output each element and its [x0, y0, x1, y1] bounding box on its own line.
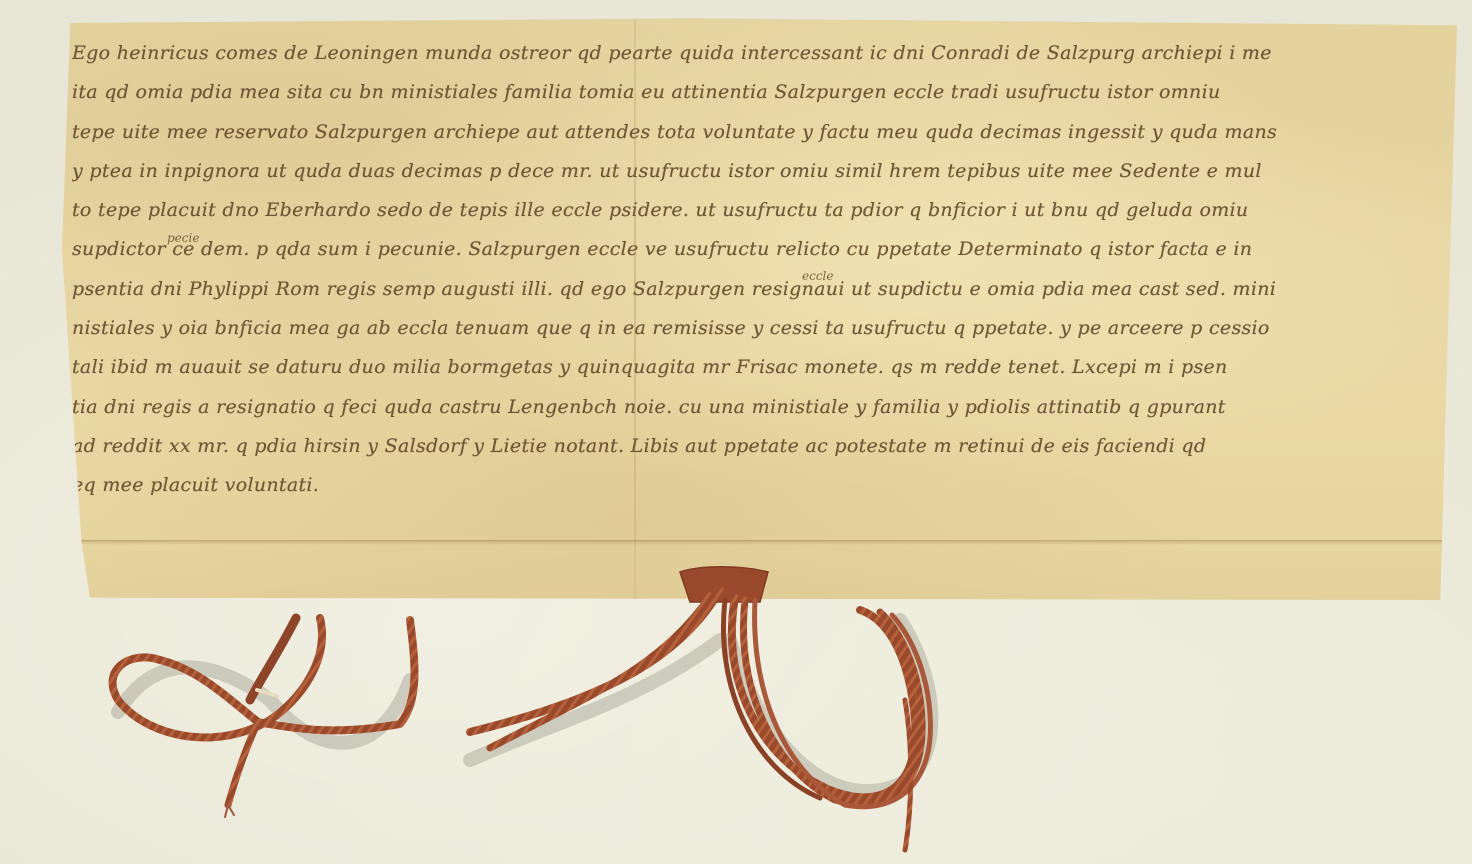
- text-line-1: Ego heinricus comes de Leoningen munda o…: [72, 34, 1447, 73]
- interlinear-gloss-2: eccle: [802, 269, 833, 283]
- text-line-9: tali ibid m auauit se daturu duo milia b…: [72, 348, 1447, 387]
- text-line-7: psentia dni Phylippi Rom regis semp augu…: [72, 270, 1447, 309]
- interlinear-gloss-1: pecie: [167, 231, 199, 245]
- text-line-8: nistiales y oia bnficia mea ga ab eccla …: [72, 309, 1447, 348]
- charter-text: Ego heinricus comes de Leoningen munda o…: [72, 34, 1447, 506]
- text-line-12: eq mee placuit voluntati.: [72, 466, 1447, 505]
- text-line-3: tepe uite mee reservato Salzpurgen archi…: [72, 113, 1447, 152]
- text-line-6: supdictor ce dem. p qda sum i pecunie. S…: [72, 230, 1447, 269]
- parchment-charter: Ego heinricus comes de Leoningen munda o…: [62, 16, 1457, 600]
- text-line-5: to tepe placuit dno Eberhardo sedo de te…: [72, 191, 1447, 230]
- text-line-2: ita qd omia pdia mea sita cu bn ministia…: [72, 73, 1447, 112]
- plica-fold: [62, 540, 1457, 601]
- text-line-10: tia dni regis a resignatio q feci quda c…: [72, 388, 1447, 427]
- text-line-4: y ptea in inpignora ut quda duas decimas…: [72, 152, 1447, 191]
- text-line-11: ad reddit xx mr. q pdia hirsin y Salsdor…: [72, 427, 1447, 466]
